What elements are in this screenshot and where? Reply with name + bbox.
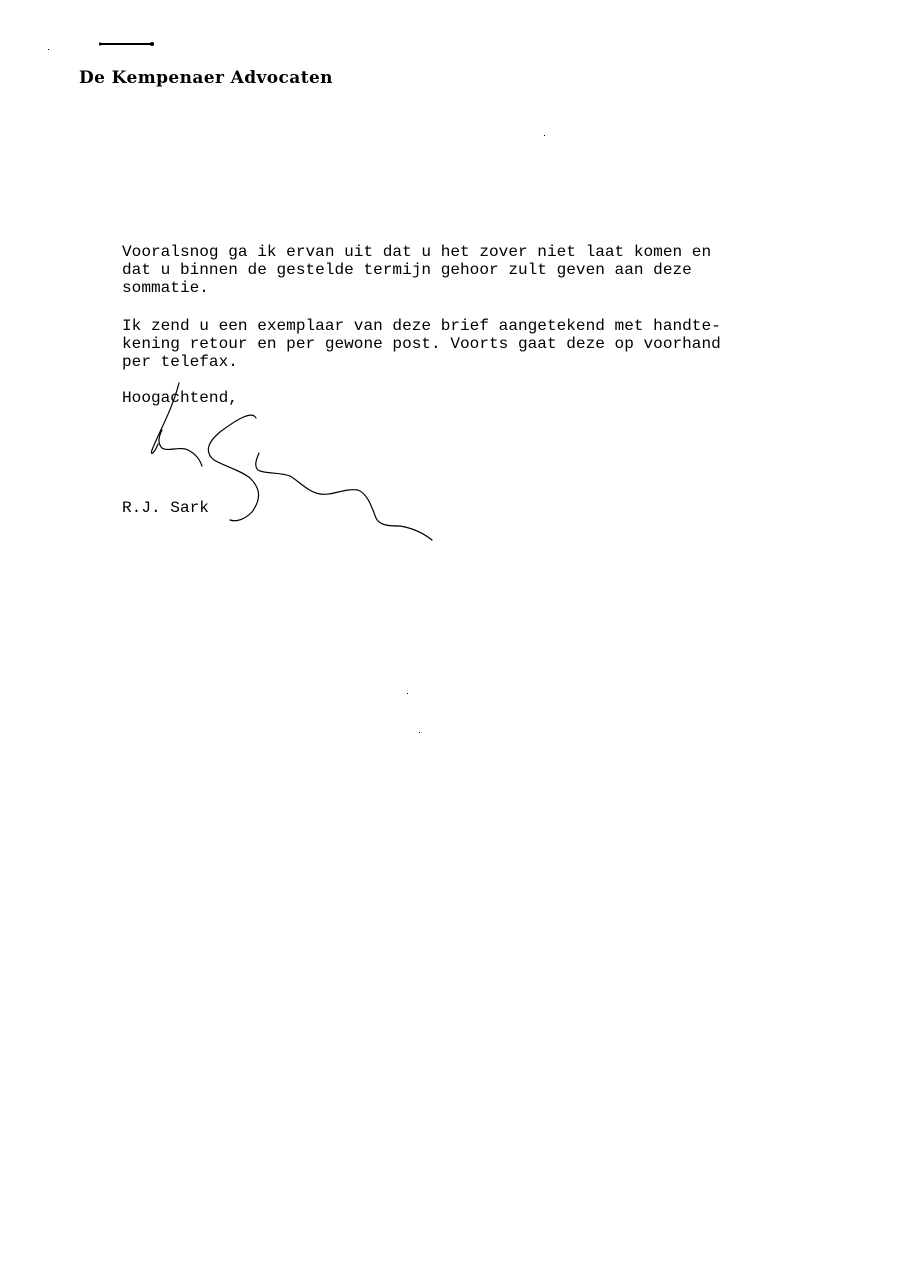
paragraph-line: sommatie. <box>122 279 209 297</box>
handwritten-signature-icon <box>140 380 440 550</box>
firm-name: De Kempenaer Advocaten <box>79 68 333 88</box>
line-ornament-icon <box>99 42 154 46</box>
scan-speck <box>544 135 545 136</box>
scan-speck <box>48 49 49 50</box>
paragraph-line: kening retour en per gewone post. Voorts… <box>122 335 721 353</box>
paragraph-line: per telefax. <box>122 353 238 371</box>
paragraph-line: dat u binnen de gestelde termijn gehoor … <box>122 261 692 279</box>
paragraph-line: Vooralsnog ga ik ervan uit dat u het zov… <box>122 243 711 261</box>
signer-name: R.J. Sark <box>122 499 209 517</box>
paragraph-line: Ik zend u een exemplaar van deze brief a… <box>122 317 721 335</box>
paragraph-2: Ik zend u een exemplaar van deze brief a… <box>122 317 721 371</box>
scan-speck <box>419 732 420 733</box>
paragraph-1: Vooralsnog ga ik ervan uit dat u het zov… <box>122 243 711 297</box>
scan-speck <box>407 693 408 694</box>
